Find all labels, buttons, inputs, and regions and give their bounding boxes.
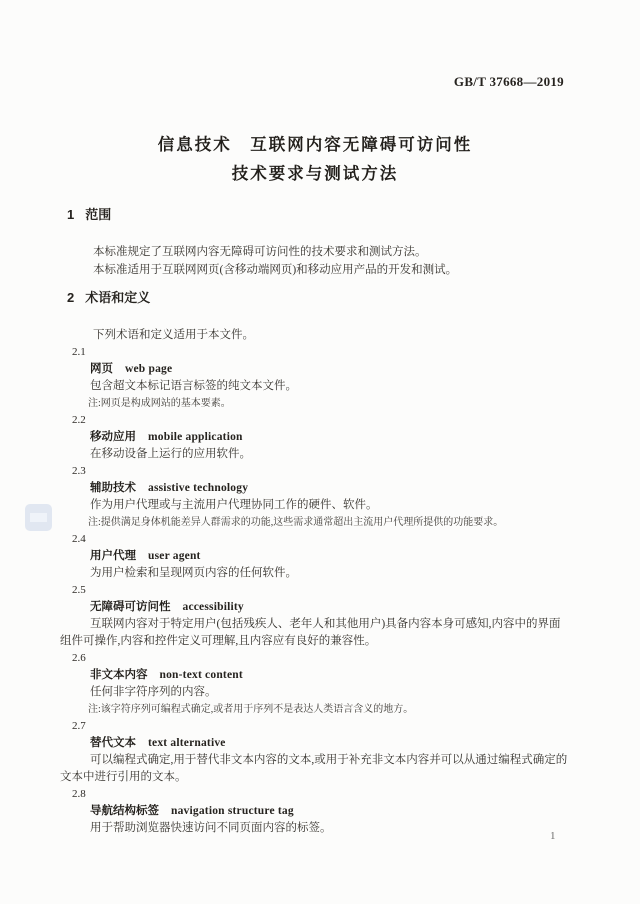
term-name-zh: 用户代理 xyxy=(90,550,136,562)
term-number: 2.8 xyxy=(60,786,570,803)
term-title: 非文本内容non-text content xyxy=(60,667,570,684)
term-entry: 2.7 替代文本text alternative 可以编程式确定,用于替代非文本… xyxy=(60,718,570,786)
scope-paragraphs: 本标准规定了互联网内容无障碍可访问性的技术要求和测试方法。 本标准适用于互联网网… xyxy=(60,243,570,279)
term-number: 2.4 xyxy=(60,531,570,548)
term-name-zh: 移动应用 xyxy=(90,431,136,443)
page-content: 信息技术 互联网内容无障碍可访问性 技术要求与测试方法 1范围 本标准规定了互联… xyxy=(60,0,570,837)
term-name-en: user agent xyxy=(148,550,201,562)
document-page: GB/T 37668—2019 信息技术 互联网内容无障碍可访问性 技术要求与测… xyxy=(0,0,640,904)
term-entry: 2.6 非文本内容non-text content 任何非字符序列的内容。 注:… xyxy=(60,650,570,718)
term-title: 移动应用mobile application xyxy=(60,429,570,446)
section-title: 术语和定义 xyxy=(85,290,150,305)
term-entry: 2.4 用户代理user agent 为用户检索和呈现网页内容的任何软件。 xyxy=(60,531,570,582)
section-number: 2 xyxy=(67,290,74,305)
term-name-zh: 网页 xyxy=(90,363,113,375)
document-title: 信息技术 互联网内容无障碍可访问性 技术要求与测试方法 xyxy=(60,0,570,189)
term-entry: 2.2 移动应用mobile application 在移动设备上运行的应用软件… xyxy=(60,412,570,463)
term-note: 注:该字符序列可编程式确定,或者用于序列不是表达人类语言含义的地方。 xyxy=(60,701,570,718)
term-number: 2.7 xyxy=(60,718,570,735)
section-title: 范围 xyxy=(85,207,111,222)
term-name-en: accessibility xyxy=(183,601,244,613)
term-name-zh: 非文本内容 xyxy=(90,669,148,681)
term-name-en: mobile application xyxy=(148,431,243,443)
term-number: 2.1 xyxy=(60,344,570,361)
term-name-en: navigation structure tag xyxy=(171,805,294,817)
term-definition: 为用户检索和呈现网页内容的任何软件。 xyxy=(60,565,570,582)
term-name-en: assistive technology xyxy=(148,482,248,494)
page-number: 1 xyxy=(550,830,556,842)
terms-intro: 下列术语和定义适用于本文件。 xyxy=(60,326,570,344)
term-name-en: web page xyxy=(125,363,172,375)
watermark-badge xyxy=(25,504,52,531)
document-title-line2: 技术要求与测试方法 xyxy=(60,160,570,189)
term-definition: 包含超文本标记语言标签的纯文本文件。 xyxy=(60,378,570,395)
term-entry: 2.5 无障碍可访问性accessibility 互联网内容对于特定用户(包括残… xyxy=(60,582,570,650)
term-number: 2.3 xyxy=(60,463,570,480)
term-name-zh: 辅助技术 xyxy=(90,482,136,494)
scope-paragraph: 本标准规定了互联网内容无障碍可访问性的技术要求和测试方法。 xyxy=(60,243,570,261)
term-definition: 可以编程式确定,用于替代非文本内容的文本,或用于补充非文本内容并可以从通过编程式… xyxy=(60,752,570,786)
term-entry: 2.8 导航结构标签navigation structure tag 用于帮助浏… xyxy=(60,786,570,837)
term-definition: 任何非字符序列的内容。 xyxy=(60,684,570,701)
term-entry: 2.1 网页web page 包含超文本标记语言标签的纯文本文件。 注:网页是构… xyxy=(60,344,570,412)
term-definition: 用于帮助浏览器快速访问不同页面内容的标签。 xyxy=(60,820,570,837)
term-title: 辅助技术assistive technology xyxy=(60,480,570,497)
term-number: 2.6 xyxy=(60,650,570,667)
term-title: 网页web page xyxy=(60,361,570,378)
watermark-glyph xyxy=(30,513,47,522)
terms-list: 2.1 网页web page 包含超文本标记语言标签的纯文本文件。 注:网页是构… xyxy=(60,344,570,837)
term-name-zh: 替代文本 xyxy=(90,737,136,749)
term-title: 用户代理user agent xyxy=(60,548,570,565)
term-definition: 在移动设备上运行的应用软件。 xyxy=(60,446,570,463)
term-name-zh: 导航结构标签 xyxy=(90,805,159,817)
term-definition: 互联网内容对于特定用户(包括残疾人、老年人和其他用户)具备内容本身可感知,内容中… xyxy=(60,616,570,650)
term-title: 无障碍可访问性accessibility xyxy=(60,599,570,616)
section-heading-terms: 2术语和定义 xyxy=(60,291,570,305)
section-number: 1 xyxy=(67,207,74,222)
term-name-en: text alternative xyxy=(148,737,226,749)
term-note: 注:网页是构成网站的基本要素。 xyxy=(60,395,570,412)
term-number: 2.2 xyxy=(60,412,570,429)
term-entry: 2.3 辅助技术assistive technology 作为用户代理或与主流用… xyxy=(60,463,570,531)
scope-paragraph: 本标准适用于互联网网页(含移动端网页)和移动应用产品的开发和测试。 xyxy=(60,261,570,279)
term-note: 注:提供满足身体机能差异人群需求的功能,这些需求通常超出主流用户代理所提供的功能… xyxy=(60,514,570,531)
term-number: 2.5 xyxy=(60,582,570,599)
section-heading-scope: 1范围 xyxy=(60,208,570,222)
term-title: 替代文本text alternative xyxy=(60,735,570,752)
term-name-en: non-text content xyxy=(160,669,243,681)
term-title: 导航结构标签navigation structure tag xyxy=(60,803,570,820)
document-title-line1: 信息技术 互联网内容无障碍可访问性 xyxy=(60,131,570,160)
term-name-zh: 无障碍可访问性 xyxy=(90,601,171,613)
term-definition: 作为用户代理或与主流用户代理协同工作的硬件、软件。 xyxy=(60,497,570,514)
